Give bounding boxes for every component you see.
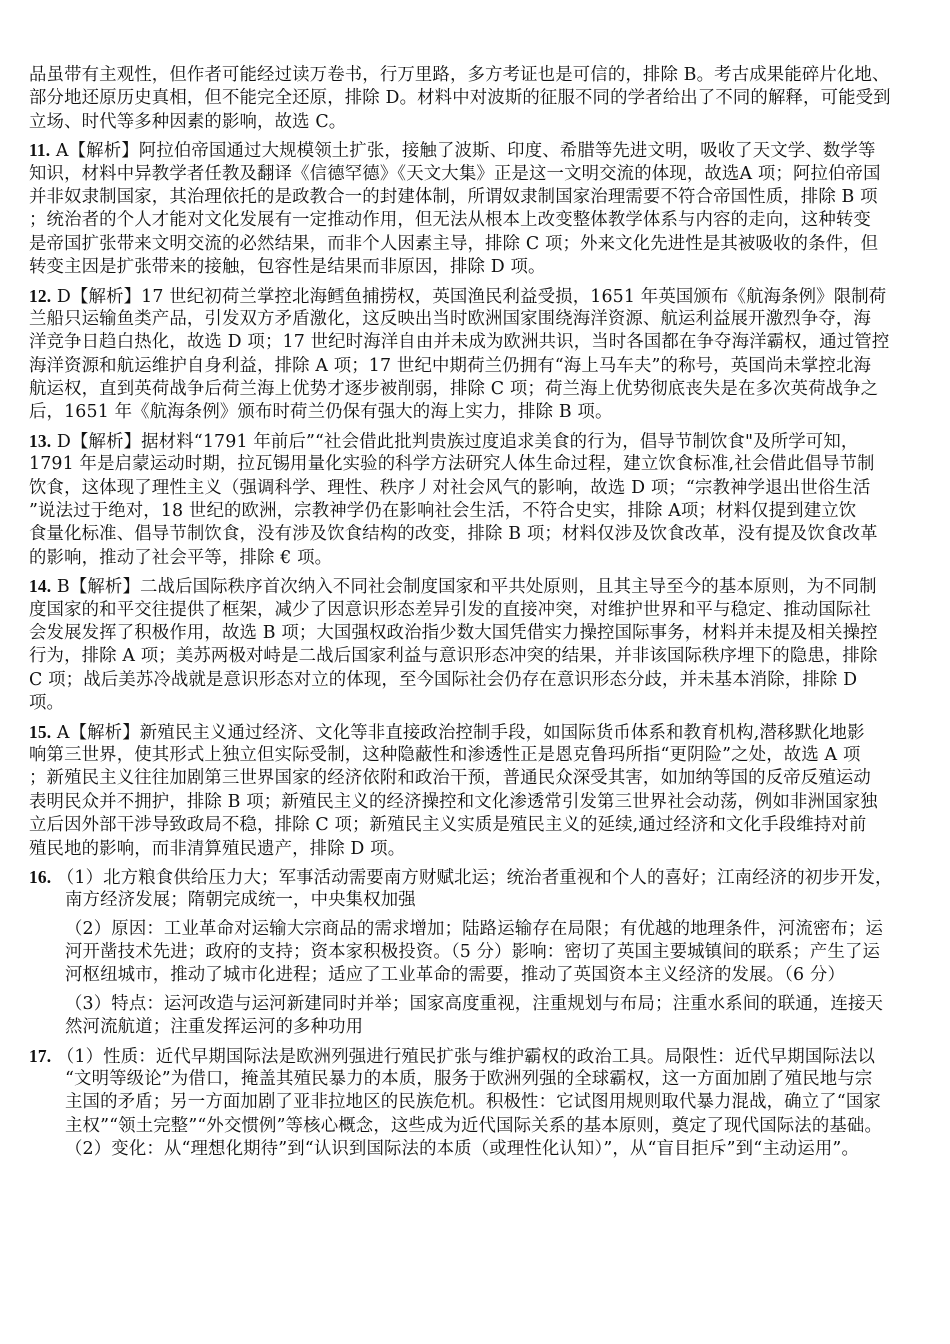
text-line: 新殖民主义通过经济、文化等非直接政治控制手段，如国际货币体系和教育机构,潜移默化…: [140, 723, 865, 743]
text-line: 立后因外部干涉导致政局不稳，排除 C 项；新殖民主义实质是殖民主义的延续,通过经…: [29, 814, 919, 837]
text-line: 表明民众并不拥护，排除 B 项；新殖民主义的经济操控和文化渗透常引发第三世界社会…: [29, 791, 919, 814]
answer-label: A【解析】: [56, 141, 139, 161]
text-line: 河开凿技术先进；政府的支持；资本家积极投资。（5 分）影响：密切了英国主要城镇间…: [29, 941, 919, 964]
question-13-answer: 13. D【解析】据材料“1791 年前后”“社会借此批判贵族过度追求美食的行为…: [29, 430, 919, 570]
text-line: “文明等级论”为借口，掩盖其殖民暴力的本质，服务于欧洲列强的全球霸权，这一方面加…: [29, 1068, 919, 1091]
text-line: （2）变化：从“理想化期待”到“认识到国际法的本质（或理性化认知）”，从“盲目拒…: [29, 1138, 919, 1161]
text-line: 后，1651 年《航海条例》颁布时荷兰仍保有强大的海上实力，排除 B 项。: [29, 401, 919, 424]
q10-continuation: 品虽带有主观性，但作者可能经过读万卷书，行万里路，多方考证也是可信的，排除 B。…: [29, 64, 919, 134]
text-line: 然河流航道；注重发挥运河的多种功用: [29, 1016, 919, 1039]
question-number: 13.: [29, 431, 51, 451]
text-line: 转变主因是扩张带来的接触，包容性是结果而非原因，排除 D 项。: [29, 256, 919, 279]
question-17-answer: 17. （1）性质：近代早期国际法是欧洲列强进行殖民扩张与维护霸权的政治工具。局…: [29, 1045, 919, 1162]
text-line: ”说法过于绝对，18 世纪的欧洲，宗教神学仍在影响社会生活，不符合史实，排除 A…: [29, 500, 919, 523]
question-14-answer: 14. B【解析】二战后国际秩序首次纳入不同社会制度国家和平共处原则，且其主导至…: [29, 575, 919, 715]
text-line: 部分地还原历史真相，但不能完全还原，排除 D。材料中对波斯的征服不同的学者给出了…: [29, 87, 919, 110]
text-line: 度国家的和平交往提供了框架，减少了因意识形态差异引发的直接冲突，对维护世界和平与…: [29, 599, 919, 622]
text-line: 南方经济发展；隋朝完成统一，中央集权加强: [29, 889, 919, 912]
text-line: 主权”“领土完整”“外交惯例”等核心概念，这些成为近代国际关系的基本原则，奠定了…: [29, 1115, 919, 1138]
answer-label: D【解析】: [57, 287, 141, 307]
text-line: 航运权，直到英荷战争后荷兰海上优势才逐步被削弱，排除 C 项；荷兰海上优势彻底丧…: [29, 378, 919, 401]
text-line: 食量化标准、倡导节制饮食，没有涉及饮食结构的改变，排除 B 项；材料仅涉及饮食改…: [29, 523, 919, 546]
text-line: 海洋资源和航运维护自身利益，排除 A 项；17 世纪中期荷兰仍拥有“海上马车夫”…: [29, 355, 919, 378]
text-line: ；统治者的个人才能对文化发展有一定推动作用，但无法从根本上改变整体教学体系与内容…: [29, 209, 919, 232]
text-line: 知识，材料中异教学者任教及翻译《信德罕德》《天文大集》正是这一文明交流的体现，故…: [29, 163, 919, 186]
text-line: 阿拉伯帝国通过大规模领土扩张，接触了波斯、印度、希腊等先进文明，吸收了天文学、数…: [139, 141, 876, 161]
question-11-answer: 11. A【解析】阿拉伯帝国通过大规模领土扩张，接触了波斯、印度、希腊等先进文明…: [29, 139, 919, 279]
question-number: 14.: [29, 576, 51, 596]
text-line: 行为，排除 A 项；美苏两极对峙是二战后国家利益与意识形态冲突的结果，并非该国际…: [29, 645, 919, 668]
question-15-answer: 15. A【解析】新殖民主义通过经济、文化等非直接政治控制手段，如国际货币体系和…: [29, 721, 919, 861]
text-line: 河枢纽城市，推动了城市化进程；适应了工业革命的需要，推动了英国资本主义经济的发展…: [29, 964, 919, 987]
question-number: 16.: [29, 867, 51, 887]
text-line: 17 世纪初荷兰掌控北海鳕鱼捕捞权，英国渔民利益受损，1651 年英国颁布《航海…: [141, 287, 886, 307]
text-line: 殖民地的影响，而非清算殖民遗产，排除 D 项。: [29, 838, 919, 861]
text-line: 项。: [29, 692, 919, 715]
text-line: 兰船只运输鱼类产品，引发双方矛盾激化，这反映出当时欧洲国家围绕海洋资源、航运利益…: [29, 308, 919, 331]
text-line: 是帝国扩张带来文明交流的必然结果，而非个人因素主导，排除 C 项；外来文化先进性…: [29, 233, 919, 256]
text-line: 1791 年是启蒙运动时期，拉瓦锡用量化实验的科学方法研究人体生命过程，建立饮食…: [29, 453, 919, 476]
text-line: 洋竞争日趋白热化，故选 D 项；17 世纪时海洋自由并未成为欧洲共识，当时各国都…: [29, 331, 919, 354]
question-12-answer: 12. D【解析】17 世纪初荷兰掌控北海鳕鱼捕捞权，英国渔民利益受损，1651…: [29, 285, 919, 425]
question-number: 11.: [29, 140, 50, 160]
question-16-answer: 16. （1）北方粮食供给压力大；军事活动需要南方财赋北运；统治者重视和个人的喜…: [29, 866, 919, 1040]
text-line: 品虽带有主观性，但作者可能经过读万卷书，行万里路，多方考证也是可信的，排除 B。…: [29, 64, 919, 87]
text-line: 饮食，这体现了理性主义（强调科学、理性、秩序丿对社会风气的影响，故选 D 项；“…: [29, 477, 919, 500]
text-line: 并非奴隶制国家，其治理依托的是政教合一的封建体制，所谓奴隶制国家治理需要不符合帝…: [29, 186, 919, 209]
question-number: 17.: [29, 1046, 51, 1066]
text-line: 会发展发挥了积极作用，故选 B 项；大国强权政治指少数大国凭借实力操控国际事务，…: [29, 622, 919, 645]
answer-label: D【解析】: [57, 432, 141, 452]
text-line: （1）性质：近代早期国际法是欧洲列强进行殖民扩张与维护霸权的政治工具。局限性：近…: [57, 1047, 875, 1067]
question-number: 15.: [29, 722, 51, 742]
text-line: 的影响，推动了社会平等，排除 € 项。: [29, 547, 919, 570]
answer-label: A【解析】: [57, 723, 140, 743]
text-line: 据材料“1791 年前后”“社会借此批判贵族过度追求美食的行为，倡导节制饮食"及…: [141, 432, 858, 452]
text-line: （3）特点：运河改造与运河新建同时并举；国家高度重视，注重规划与布局；注重水系间…: [29, 993, 919, 1016]
text-line: 二战后国际秩序首次纳入不同社会制度国家和平共处原则，且其主导至今的基本原则，为不…: [140, 577, 877, 597]
answer-label: B【解析】: [57, 577, 140, 597]
text-line: ；新殖民主义往往加剧第三世界国家的经济依附和政治干预，普通民众深受其害，如加纳等…: [29, 767, 919, 790]
text-line: （1）北方粮食供给压力大；军事活动需要南方财赋北运；统治者重视和个人的喜好；江南…: [57, 868, 893, 888]
text-line: 响第三世界，使其形式上独立但实际受制，这种隐蔽性和渗透性正是恩克鲁玛所指“更阴险…: [29, 744, 919, 767]
answer-document: 品虽带有主观性，但作者可能经过读万卷书，行万里路，多方考证也是可信的，排除 B。…: [29, 64, 919, 1162]
text-line: 主国的矛盾；另一方面加剧了亚非拉地区的民族危机。积极性：它试图用规则取代暴力混战…: [29, 1091, 919, 1114]
text-line: 立场、时代等多种因素的影响，故选 C。: [29, 111, 919, 134]
text-line: C 项；战后美苏冷战就是意识形态对立的体现，至今国际社会仍存在意识形态分歧，并未…: [29, 669, 919, 692]
text-line: （2）原因：工业革命对运输大宗商品的需求增加；陆路运输存在局限；有优越的地理条件…: [29, 918, 919, 941]
question-number: 12.: [29, 286, 51, 306]
